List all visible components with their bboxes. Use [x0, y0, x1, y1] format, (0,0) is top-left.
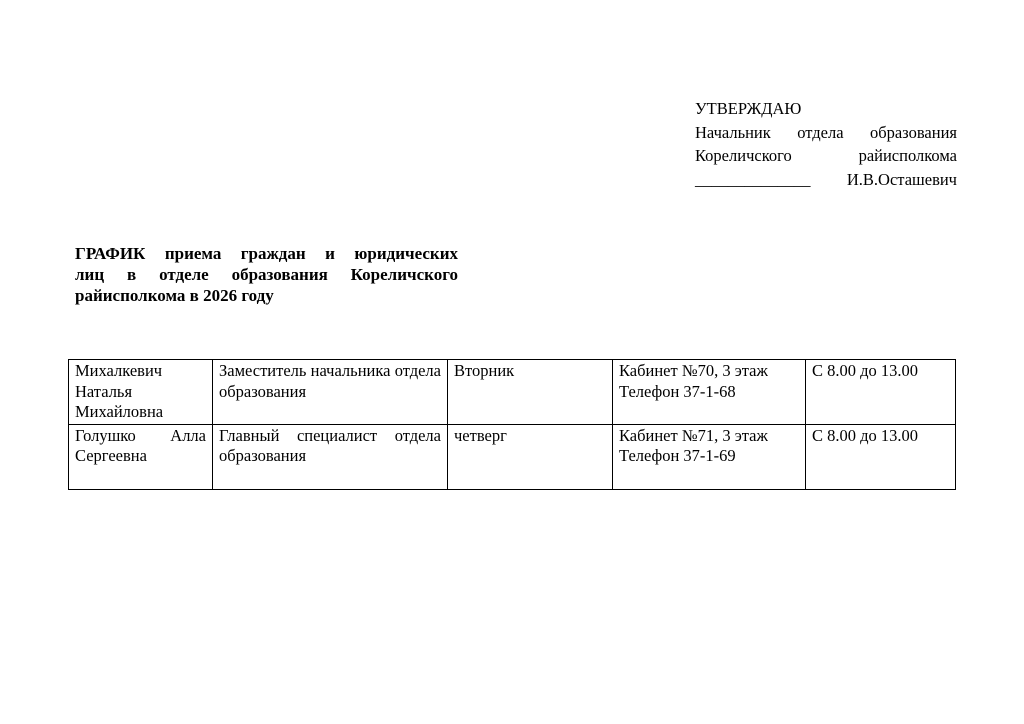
approval-organization-line: Кореличского райисполкома	[695, 144, 957, 168]
document-title-line-3: райисполкома в 2026 году	[75, 285, 458, 306]
cell-reception-day: Вторник	[448, 360, 613, 425]
cell-location-phone: Кабинет №70, 3 этаж Телефон 37-1-68	[613, 360, 806, 425]
reception-schedule-table: Михалкевич Наталья Михайловна Заместител…	[68, 359, 956, 490]
cell-official-position: Заместитель начальника отдела образовани…	[213, 360, 448, 425]
cell-reception-time: С 8.00 до 13.00	[806, 424, 956, 489]
cell-official-name: Михалкевич Наталья Михайловна	[69, 360, 213, 425]
table-row: Голушко Алла Сергеевна Главный специалис…	[69, 424, 956, 489]
approval-signature-line: ______________ И.В.Осташевич	[695, 168, 957, 192]
approval-position-line: Начальник отдела образования	[695, 121, 957, 145]
approval-block: УТВЕРЖДАЮ Начальник отдела образования К…	[695, 97, 957, 191]
table-row: Михалкевич Наталья Михайловна Заместител…	[69, 360, 956, 425]
cell-location-phone: Кабинет №71, 3 этаж Телефон 37-1-69	[613, 424, 806, 489]
cell-reception-day: четверг	[448, 424, 613, 489]
cell-official-name: Голушко Алла Сергеевна	[69, 424, 213, 489]
cell-reception-time: С 8.00 до 13.00	[806, 360, 956, 425]
cell-official-position: Главный специалист отдела образования	[213, 424, 448, 489]
document-title: ГРАФИК приема граждан и юридических лиц …	[75, 243, 458, 306]
document-title-line-2: лиц в отделе образования Кореличского	[75, 264, 458, 285]
document-page: УТВЕРЖДАЮ Начальник отдела образования К…	[0, 0, 1024, 724]
document-title-line-1: ГРАФИК приема граждан и юридических	[75, 243, 458, 264]
approval-heading: УТВЕРЖДАЮ	[695, 97, 957, 121]
